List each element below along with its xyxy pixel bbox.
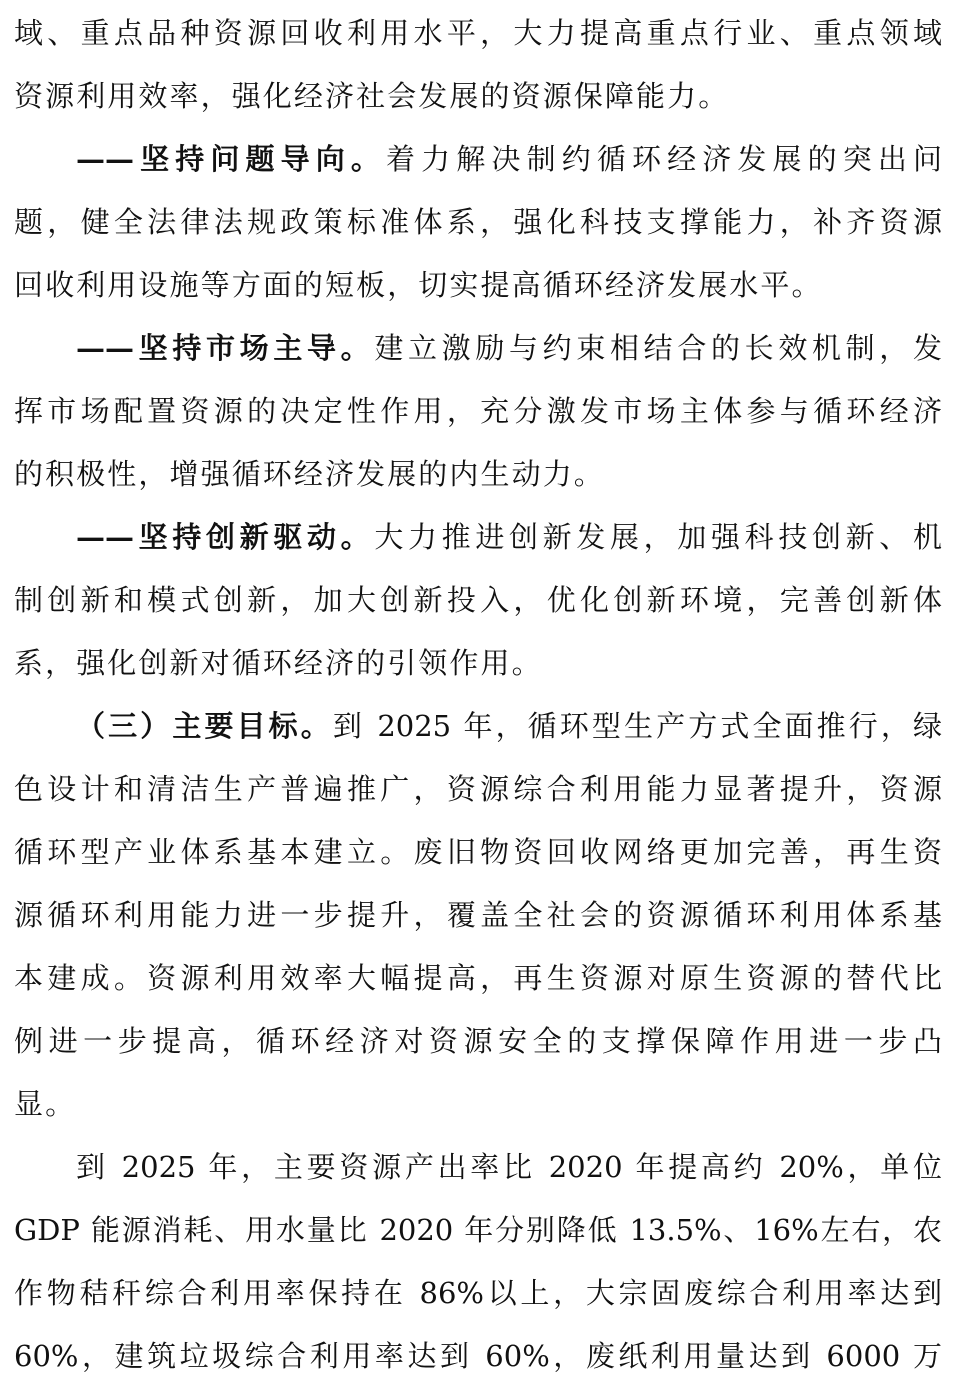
section-heading-line: （三）主要目标。到 2025 年，循环型生产方式全面推行，绿 bbox=[14, 706, 942, 746]
text-line: 作物秸秆综合利用率保持在 86%以上，大宗固废综合利用率达到 bbox=[14, 1273, 942, 1313]
line-text: 显。 bbox=[14, 1087, 76, 1121]
line-text: 建立激励与约束相结合的长效机制，发 bbox=[374, 331, 942, 365]
line-text: 题，健全法律法规政策标准体系，强化科技支撑能力，补齐资源 bbox=[14, 205, 942, 239]
line-text: 例进一步提高，循环经济对资源安全的支撑保障作用进一步凸 bbox=[14, 1024, 942, 1058]
line-text: 系，强化创新对循环经济的引领作用。 bbox=[14, 646, 543, 680]
line-text: 挥市场配置资源的决定性作用，充分激发市场主体参与循环经济 bbox=[14, 394, 942, 428]
principle-title: ——坚持市场主导。 bbox=[76, 331, 374, 365]
line-text: 着力解决制约循环经济发展的突出问 bbox=[386, 142, 942, 176]
text-line: 挥市场配置资源的决定性作用，充分激发市场主体参与循环经济 bbox=[14, 391, 942, 431]
text-line: 60%，建筑垃圾综合利用率达到 60%，废纸利用量达到 6000 万 bbox=[14, 1336, 942, 1376]
line-text: 循环型产业体系基本建立。废旧物资回收网络更加完善，再生资 bbox=[14, 835, 942, 869]
text-line: 制创新和模式创新，加大创新投入，优化创新环境，完善创新体 bbox=[14, 580, 942, 620]
text-line: 色设计和清洁生产普遍推广，资源综合利用能力显著提升，资源 bbox=[14, 769, 942, 809]
text-line: 系，强化创新对循环经济的引领作用。 bbox=[14, 643, 942, 683]
principle-heading-line: ——坚持问题导向。着力解决制约循环经济发展的突出问 bbox=[14, 139, 942, 179]
text-line: 源循环利用能力进一步提升，覆盖全社会的资源循环利用体系基 bbox=[14, 895, 942, 935]
text-line: 域、重点品种资源回收利用水平，大力提高重点行业、重点领域 bbox=[14, 13, 942, 53]
line-text: 域、重点品种资源回收利用水平，大力提高重点行业、重点领域 bbox=[14, 16, 942, 50]
line-text: 资源利用效率，强化经济社会发展的资源保障能力。 bbox=[14, 79, 729, 113]
line-text: 色设计和清洁生产普遍推广，资源综合利用能力显著提升，资源 bbox=[14, 772, 942, 806]
text-line: 资源利用效率，强化经济社会发展的资源保障能力。 bbox=[14, 76, 942, 116]
line-text: 制创新和模式创新，加大创新投入，优化创新环境，完善创新体 bbox=[14, 583, 942, 617]
line-text: 的积极性，增强循环经济发展的内生动力。 bbox=[14, 457, 605, 491]
line-text: GDP 能源消耗、用水量比 2020 年分别降低 13.5%、16%左右，农 bbox=[14, 1213, 942, 1247]
principle-heading-line: ——坚持市场主导。建立激励与约束相结合的长效机制，发 bbox=[14, 328, 942, 368]
text-line: 的积极性，增强循环经济发展的内生动力。 bbox=[14, 454, 942, 494]
text-line: 题，健全法律法规政策标准体系，强化科技支撑能力，补齐资源 bbox=[14, 202, 942, 242]
principle-heading-line: ——坚持创新驱动。大力推进创新发展，加强科技创新、机 bbox=[14, 517, 942, 557]
text-line: 显。 bbox=[14, 1084, 942, 1124]
line-text: 源循环利用能力进一步提升，覆盖全社会的资源循环利用体系基 bbox=[14, 898, 942, 932]
line-text: 本建成。资源利用效率大幅提高，再生资源对原生资源的替代比 bbox=[14, 961, 942, 995]
text-line: GDP 能源消耗、用水量比 2020 年分别降低 13.5%、16%左右，农 bbox=[14, 1210, 942, 1250]
section-title: （三）主要目标。 bbox=[76, 709, 333, 743]
text-line: 循环型产业体系基本建立。废旧物资回收网络更加完善，再生资 bbox=[14, 832, 942, 872]
line-text: 回收利用设施等方面的短板，切实提高循环经济发展水平。 bbox=[14, 268, 823, 302]
line-text: 60%，建筑垃圾综合利用率达到 60%，废纸利用量达到 6000 万 bbox=[14, 1339, 942, 1373]
line-text: 到 2025 年，循环型生产方式全面推行，绿 bbox=[333, 709, 942, 743]
text-line: 例进一步提高，循环经济对资源安全的支撑保障作用进一步凸 bbox=[14, 1021, 942, 1061]
line-text: 到 2025 年，主要资源产出率比 2020 年提高约 20%，单位 bbox=[76, 1150, 942, 1184]
text-line: 到 2025 年，主要资源产出率比 2020 年提高约 20%，单位 bbox=[14, 1147, 942, 1187]
line-text: 大力推进创新发展，加强科技创新、机 bbox=[374, 520, 942, 554]
text-line: 回收利用设施等方面的短板，切实提高循环经济发展水平。 bbox=[14, 265, 942, 305]
principle-title: ——坚持创新驱动。 bbox=[76, 520, 374, 554]
principle-title: ——坚持问题导向。 bbox=[76, 142, 386, 176]
line-text: 作物秸秆综合利用率保持在 86%以上，大宗固废综合利用率达到 bbox=[14, 1276, 942, 1310]
text-line: 本建成。资源利用效率大幅提高，再生资源对原生资源的替代比 bbox=[14, 958, 942, 998]
